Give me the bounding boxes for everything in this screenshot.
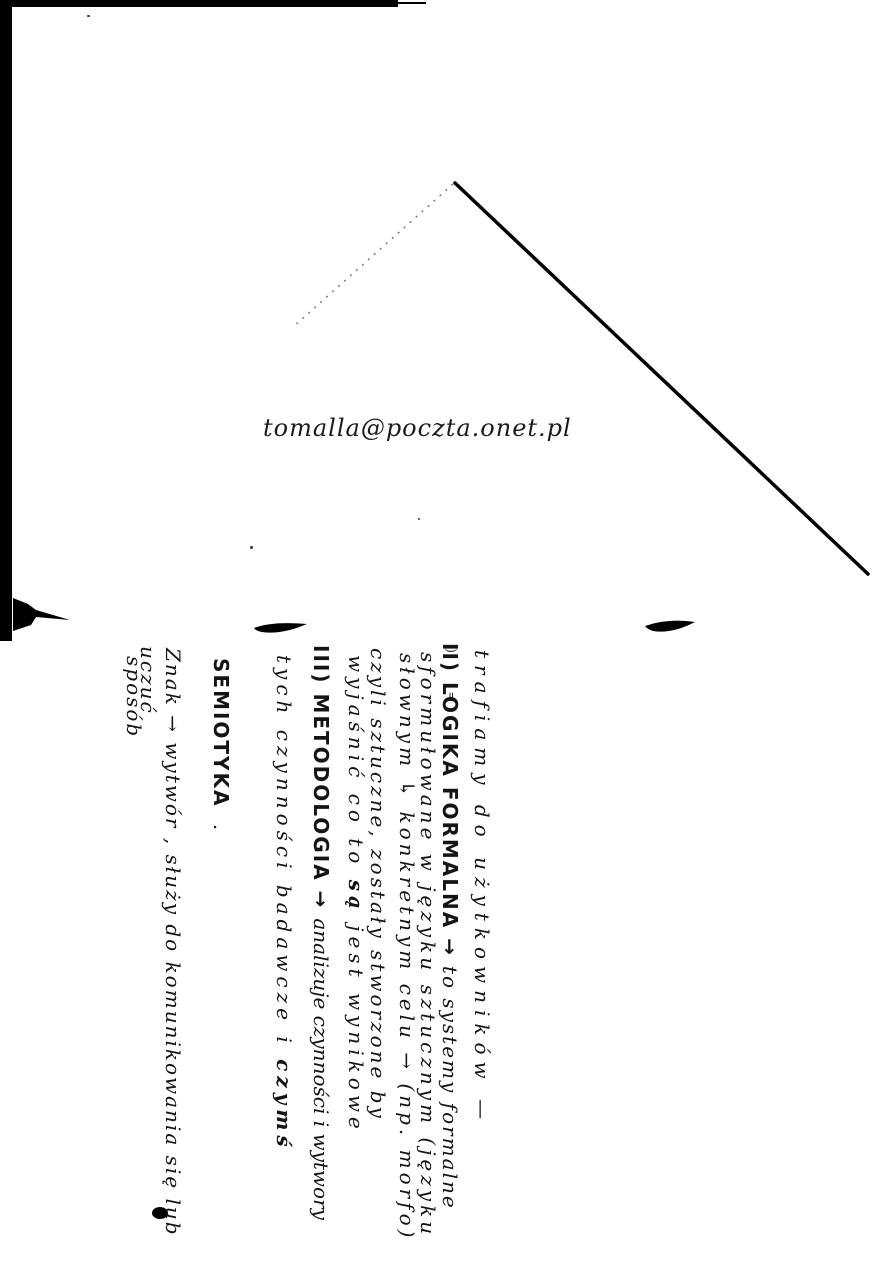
note-text: wyjaśnić co to xyxy=(344,655,368,880)
section-heading-logika-formalna: LOGIKA FORMALNA → xyxy=(438,682,462,966)
ink-dash-left xyxy=(254,623,307,633)
note-line-2: II) LOGIKA FORMALNA → to systemy formaln… xyxy=(438,643,462,1210)
note-line-9: SEMIOTYKA . xyxy=(209,658,233,840)
note-text: . xyxy=(209,808,233,841)
section-marker: III) xyxy=(309,645,333,693)
note-text: słownym ↳ konkretnym celu → (np. morfo) xyxy=(395,653,419,1241)
note-line-7: III) METODOLOGIA → analizuje czynności i… xyxy=(309,645,333,1220)
speck xyxy=(87,15,90,17)
speck xyxy=(418,518,420,520)
note-text: jest wynikowe xyxy=(344,914,368,1134)
scanned-page: tomalla@poczta.onet.pl ) = trafiamy do u… xyxy=(0,0,893,1263)
section-heading-metodologia: METODOLOGIA → xyxy=(309,693,333,918)
speck xyxy=(250,546,253,549)
note-text: Znak → wytwór , służy do komunikowania s… xyxy=(161,648,185,1237)
note-text: trafiamy do użytkowników — xyxy=(470,650,494,1126)
note-line-8: tych czynności badawcze i czymś xyxy=(272,655,296,1152)
section-marker: II) xyxy=(438,643,462,682)
section-heading-semiotyka: SEMIOTYKA xyxy=(209,658,233,808)
note-text: analizuje czynności i wytwory xyxy=(309,918,333,1220)
note-text: czyli sztuczne, zostały stworzone by xyxy=(366,648,390,1121)
note-text-emphasis: czymś xyxy=(272,1059,296,1152)
note-text: sposób xyxy=(122,656,146,738)
scanner-ink-blob xyxy=(13,598,70,631)
email-note: tomalla@poczta.onet.pl xyxy=(263,414,572,442)
note-line-12: sposób xyxy=(122,656,146,738)
note-line-5: czyli sztuczne, zostały stworzone by xyxy=(366,648,390,1121)
crease-line-faint xyxy=(292,184,453,328)
note-text: to systemy formalne xyxy=(438,966,462,1210)
note-line-6: wyjaśnić co to są jest wynikowe xyxy=(344,655,368,1134)
note-text: sformułowane w języku sztucznym (języku xyxy=(416,652,440,1238)
note-line-10: Znak → wytwór , służy do komunikowania s… xyxy=(161,648,185,1237)
note-text: tych czynności badawcze i xyxy=(272,655,296,1059)
note-line-3: sformułowane w języku sztucznym (języku xyxy=(416,652,440,1238)
note-line-4: słownym ↳ konkretnym celu → (np. morfo) xyxy=(395,653,419,1241)
ink-dash-right xyxy=(645,621,695,632)
note-text-emphasis: są xyxy=(344,880,368,914)
crease-line xyxy=(455,183,868,574)
note-line-1: trafiamy do użytkowników — xyxy=(470,650,494,1126)
